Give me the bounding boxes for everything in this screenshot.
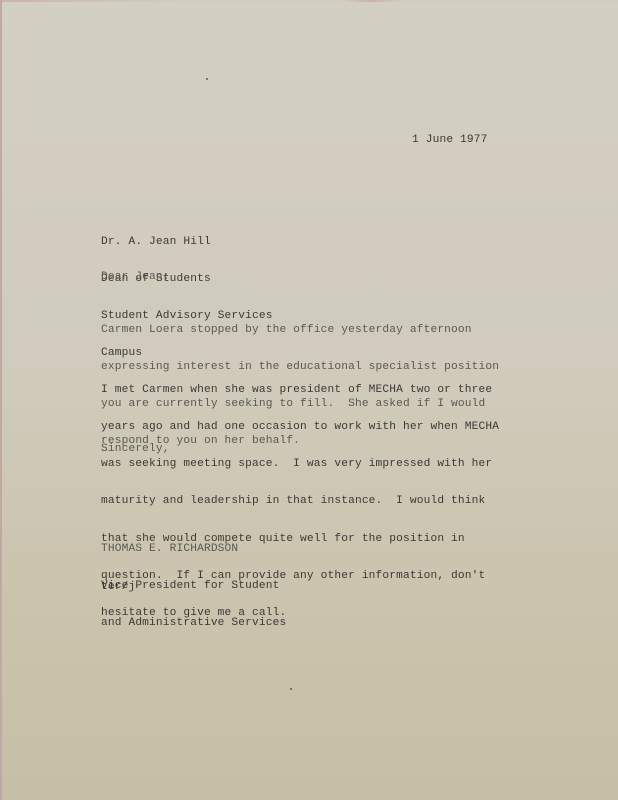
paragraph-line: I met Carmen when she was president of M… <box>101 384 499 396</box>
reference-initials: ter/j <box>101 581 135 593</box>
paper-speck <box>290 688 292 690</box>
paper-left-edge <box>0 0 2 800</box>
paragraph-line: years ago and had one occasion to work w… <box>101 421 499 433</box>
letter-page: 1 June 1977 Dr. A. Jean Hill Dean of Stu… <box>0 0 618 800</box>
paper-top-edge <box>0 0 618 2</box>
salutation: Dear Jean: <box>101 271 170 283</box>
paper-speck <box>206 78 208 80</box>
paragraph-line: Carmen Loera stopped by the office yeste… <box>101 324 499 336</box>
paragraph-line: maturity and leadership in that instance… <box>101 495 499 507</box>
recipient-name: Dr. A. Jean Hill <box>101 236 273 248</box>
paragraph-line: was seeking meeting space. I was very im… <box>101 458 499 470</box>
signer-name: THOMAS E. RICHARDSON <box>101 543 286 555</box>
letter-date: 1 June 1977 <box>412 134 488 146</box>
closing: Sincerely, <box>101 443 170 455</box>
signer-title-continued: and Administrative Services <box>101 617 286 629</box>
